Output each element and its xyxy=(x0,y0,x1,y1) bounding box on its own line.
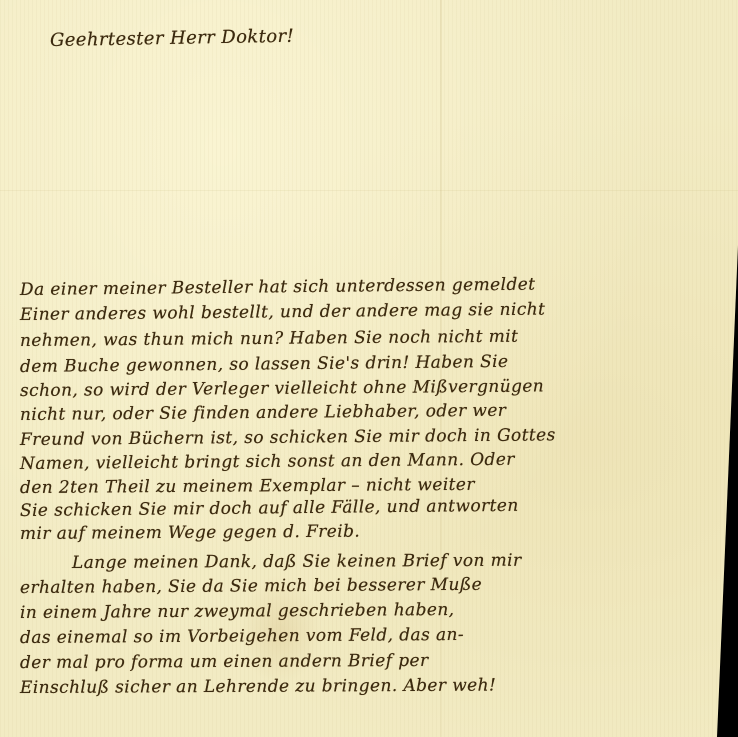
paper-crease xyxy=(0,190,738,191)
letter-line: das einemal so im Vorbeigehen vom Feld, … xyxy=(20,623,720,648)
letter-line: schon, so wird der Verleger vielleicht o… xyxy=(20,375,720,401)
salutation: Geehrtester Herr Doktor! xyxy=(50,26,295,51)
letter-line: Namen, vielleicht bringt sich sonst an d… xyxy=(20,448,720,474)
letter-line: Freund von Büchern ist, so schicken Sie … xyxy=(20,424,720,450)
letter-line: der mal pro forma um einen andern Brief … xyxy=(20,649,720,673)
letter-line: nehmen, was thun mich nun? Haben Sie noc… xyxy=(20,325,720,351)
letter-line: Einschluß sicher an Lehrende zu bringen.… xyxy=(20,674,720,698)
letter-page: Geehrtester Herr Doktor! Da einer meiner… xyxy=(0,0,738,737)
letter-line: Da einer meiner Besteller hat sich unter… xyxy=(20,273,720,300)
letter-line: erhalten haben, Sie da Sie mich bei bess… xyxy=(20,573,720,598)
letter-line: nicht nur, oder Sie finden andere Liebha… xyxy=(20,399,720,425)
letter-line: dem Buche gewonnen, so lassen Sie's drin… xyxy=(20,350,720,377)
letter-line: Lange meinen Dank, daß Sie keinen Brief … xyxy=(72,549,738,573)
letter-line: Sie schicken Sie mir doch auf alle Fälle… xyxy=(20,494,720,521)
letter-line: Einer anderes wohl bestellt, und der and… xyxy=(20,298,720,325)
letter-line: in einem Jahre nur zweymal geschrieben h… xyxy=(20,598,720,623)
letter-line: mir auf meinem Wege gegen d. Freib. xyxy=(20,519,720,544)
